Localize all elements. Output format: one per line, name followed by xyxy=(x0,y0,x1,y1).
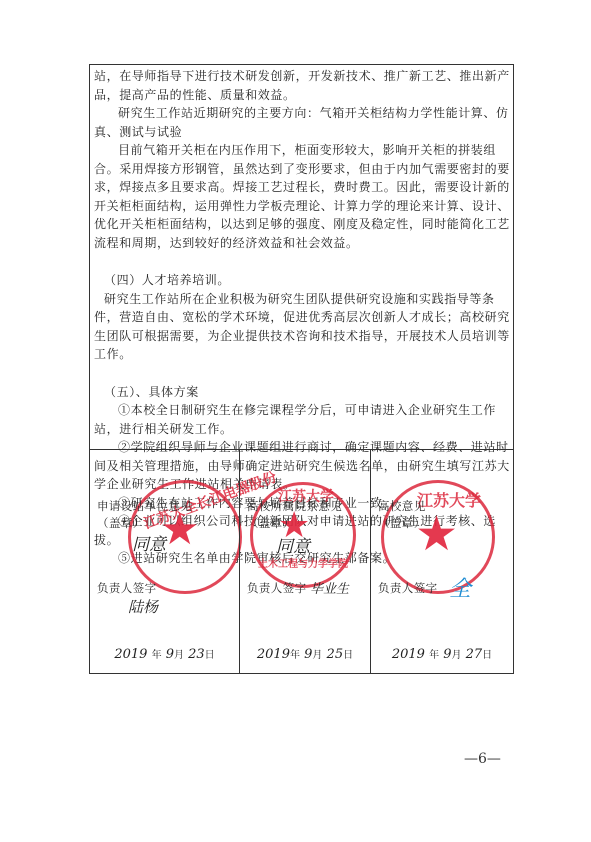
signer-label: 负责人签字 xyxy=(378,580,438,596)
seal-note: （盖章） xyxy=(378,515,426,531)
approval-cell-station-unit: 江苏大全长江电器股份 ★ 申请设站单位意见 （盖章） 同意 负责人签字 陆杨 2… xyxy=(90,450,239,673)
department-seal-text-bottom: 土木工程与力学学院 xyxy=(258,555,348,570)
section5-item: ①本校全日制研究生在修完课程学分后，可申请进入企业研究生工作站，进行相关研发工作… xyxy=(94,401,511,438)
approval-table: 江苏大全长江电器股份 ★ 申请设站单位意见 （盖章） 同意 负责人签字 陆杨 2… xyxy=(89,449,514,674)
signature: 毕业生 xyxy=(310,578,349,597)
paragraph-research-direction: 研究生工作站近期研究的主要方向：气箱开关柜结构力学性能计算、仿真、测试与试验 xyxy=(94,104,511,141)
paragraph-current-problem: 目前气箱开关柜在内压作用下，柜面变形较大，影响开关柜的拼装组合。采用焊接方形钢管… xyxy=(94,141,511,252)
approval-cell-university: 江苏大学 ★ 高校意见 （盖章） 负责人签字 全 2019 年 9月 27日 xyxy=(370,450,513,673)
signature: 全 xyxy=(449,572,471,603)
seal-note: （盖章） xyxy=(247,515,295,531)
proposal-body-section: 站，在导师指导下进行技术研发创新，开发新技术、推广新工艺、推出新产品，提高产品的… xyxy=(89,64,514,449)
approval-date: 2019 年 9月 23日 xyxy=(90,646,239,662)
approval-cell-department: 江苏大学 ★ 土木工程与力学学院 高校所属院系意见 （盖章） 同意 负责人签字 … xyxy=(239,450,370,673)
section4-heading: （四）人才培养培训。 xyxy=(94,271,511,290)
signature: 陆杨 xyxy=(128,596,158,617)
section5-heading: （五）、具体方案 xyxy=(94,383,511,402)
signer-label: 负责人签字 xyxy=(97,580,157,596)
page-number: —6— xyxy=(464,751,501,767)
approval-date: 2019年 9月 25日 xyxy=(240,646,370,662)
opinion-label: 高校意见 xyxy=(378,498,426,514)
approval-date: 2019 年 9月 27日 xyxy=(371,646,513,662)
signer-label: 负责人签字 xyxy=(247,580,307,596)
section4-body: 研究生工作站所在企业积极为研究生团队提供研究设施和实践指导等条件，营造自由、宽松… xyxy=(94,290,511,364)
handwritten-opinion: 同意 xyxy=(276,532,310,557)
seal-note: （盖章） xyxy=(97,515,145,531)
opinion-label: 申请设站单位意见 xyxy=(97,498,192,514)
handwritten-opinion: 同意 xyxy=(132,530,166,555)
opinion-label: 高校所属院系意见 xyxy=(247,498,342,514)
paragraph-intro: 站，在导师指导下进行技术研发创新，开发新技术、推广新工艺、推出新产品，提高产品的… xyxy=(94,67,511,104)
